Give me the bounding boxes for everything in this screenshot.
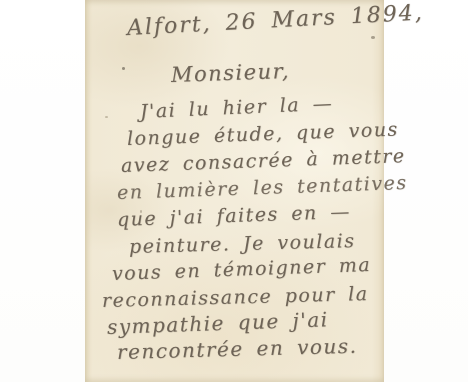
body-line: peinture. Je voulais [129, 230, 356, 258]
body-line: sympathie que j'ai [107, 307, 329, 339]
body-line: vous en témoigner ma [112, 254, 372, 285]
ink-speck [371, 36, 375, 39]
body-line: longue étude, que vous [127, 119, 399, 150]
body-line: que j'ai faites en — [117, 201, 352, 231]
body-line: J'ai lu hier la — [140, 93, 334, 123]
ink-speck [122, 67, 125, 70]
body-line: en lumière les tentatives [117, 172, 408, 204]
body-line: reconnaissance pour la [102, 283, 369, 312]
scan-background: Alfort, 26 Mars 1894, Monsieur, J'ai lu … [0, 0, 468, 382]
salutation: Monsieur, [171, 59, 291, 87]
body-line: rencontrée en vous. [117, 334, 358, 364]
body-line: avez consacrée à mettre [121, 145, 406, 177]
paper-blemish [105, 116, 108, 118]
ink-speck [140, 210, 142, 213]
letter-page: Alfort, 26 Mars 1894, Monsieur, J'ai lu … [85, 0, 384, 382]
dateline: Alfort, 26 Mars 1894, [126, 0, 424, 41]
